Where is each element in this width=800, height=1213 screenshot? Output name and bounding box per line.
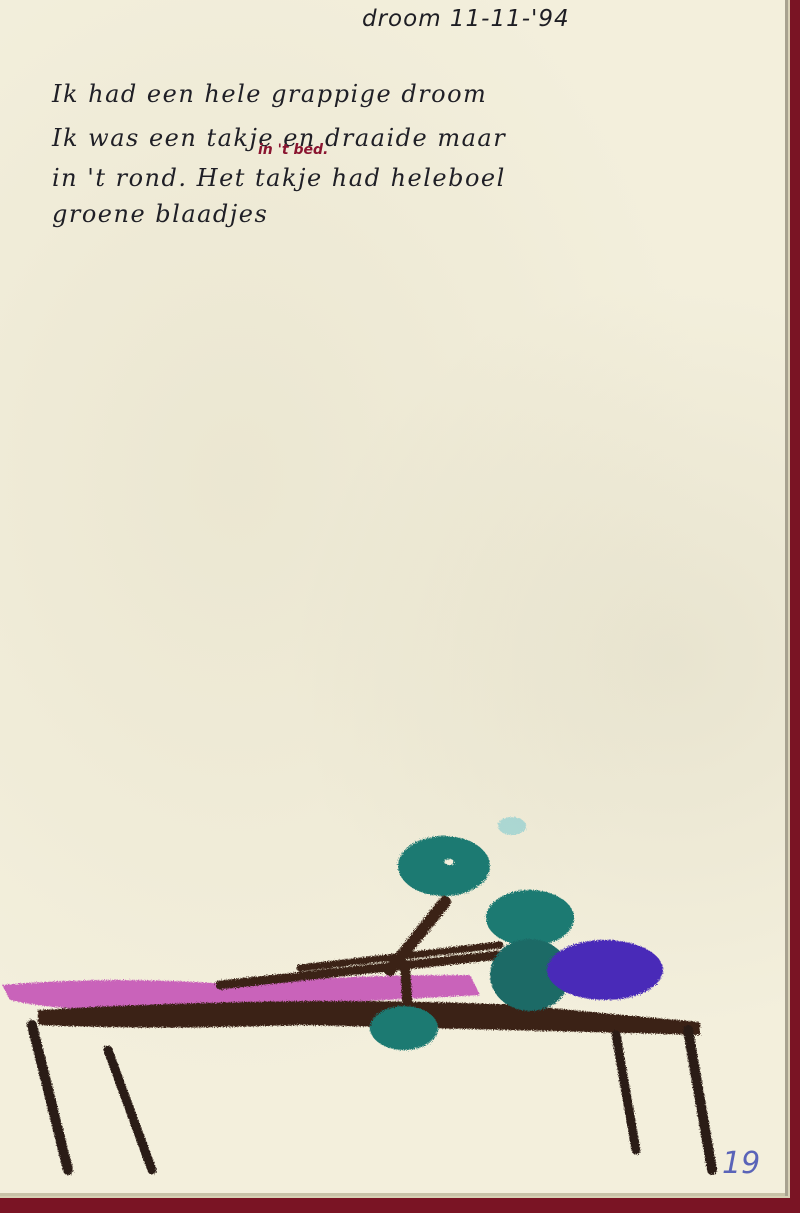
table-leg-4	[688, 1030, 712, 1170]
text-line-1: Ik had een hele grappige droom	[52, 80, 487, 108]
leaf-middle	[486, 890, 574, 946]
purple-blob	[547, 940, 663, 1000]
text-line-3: in 't rond. Het takje had heleboel	[52, 164, 506, 192]
table-leg-3	[616, 1035, 636, 1150]
page-number: 19	[722, 1146, 760, 1181]
leaf-bottom	[370, 1006, 438, 1050]
table-top	[38, 1001, 700, 1035]
table-leg-2	[108, 1050, 152, 1170]
entry-date-heading: droom 11-11-'94	[362, 6, 570, 32]
light-teal-spot	[498, 817, 526, 835]
leaf-top	[398, 836, 490, 896]
notebook-page: droom 11-11-'94 Ik had een hele grappige…	[0, 0, 790, 1198]
text-line-4: groene blaadjes	[52, 200, 268, 228]
table-leg-1	[32, 1025, 68, 1170]
crayon-drawing-table-branch	[0, 800, 788, 1196]
red-ink-insertion: in 't bed.	[258, 142, 328, 158]
